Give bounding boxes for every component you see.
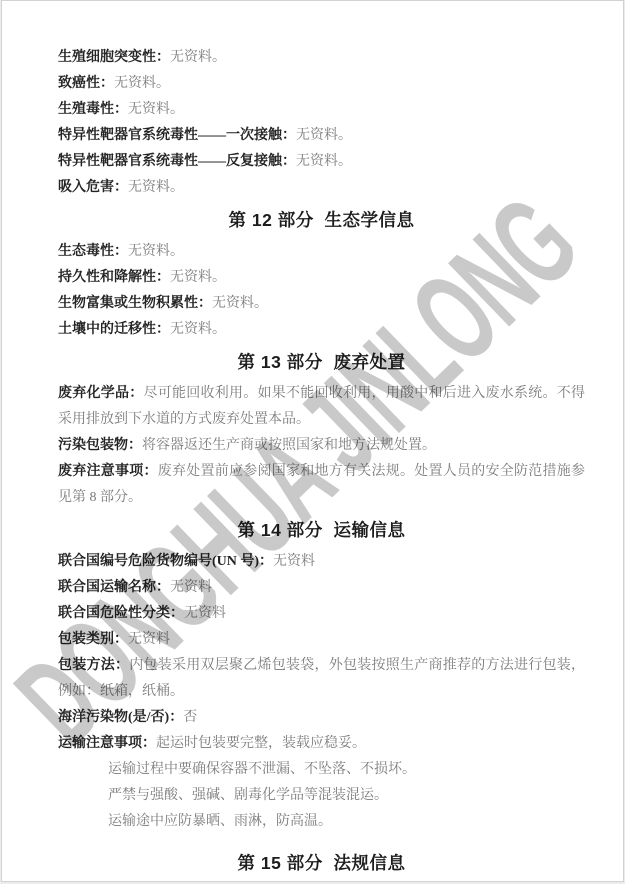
field-line: 持久性和降解性：无资料。 bbox=[58, 265, 585, 291]
field-line: 特异性靶器官系统毒性——反复接触：无资料。 bbox=[58, 149, 585, 175]
field-label: 包装类别： bbox=[58, 632, 128, 647]
field-line: 联合国编号危险货物编号(UN 号)：无资料 bbox=[58, 549, 585, 575]
field-value: 无资料。 bbox=[212, 296, 268, 311]
field-line: 污染包装物：将容器返还生产商或按照国家和地方法规处置。 bbox=[58, 433, 585, 459]
field-line: 生殖毒性：无资料。 bbox=[58, 97, 585, 123]
field-label: 污染包装物： bbox=[58, 438, 142, 453]
field-label: 运输注意事项： bbox=[58, 736, 156, 751]
field-value: 将容器返还生产商或按照国家和地方法规处置。 bbox=[142, 438, 436, 453]
field-label: 废弃化学品： bbox=[58, 386, 144, 401]
field-value: 无资料 bbox=[184, 606, 226, 621]
field-label: 联合国编号危险货物编号(UN 号)： bbox=[58, 554, 273, 569]
field-value: 无资料 bbox=[170, 580, 212, 595]
field-label: 生殖毒性： bbox=[58, 102, 128, 117]
transport-note-line: 运输过程中要确保容器不泄漏、不坠落、不损坏。 bbox=[58, 757, 585, 783]
section-heading: 第 13 部分 废弃处置 bbox=[58, 348, 585, 376]
field-label: 特异性靶器官系统毒性——一次接触： bbox=[58, 128, 296, 143]
field-line: 联合国运输名称：无资料 bbox=[58, 575, 585, 601]
field-label: 生殖细胞突变性： bbox=[58, 50, 170, 65]
field-label: 持久性和降解性： bbox=[58, 270, 170, 285]
field-line: 海洋污染物(是/否)：否 bbox=[58, 705, 585, 731]
field-line: 包装方法：内包装采用双层聚乙烯包装袋，外包装按照生产商推荐的方法进行包装，例如：… bbox=[58, 653, 585, 705]
field-line: 废弃注意事项：废弃处置前应参阅国家和地方有关法规。处置人员的安全防范措施参见第 … bbox=[58, 459, 585, 511]
sds-document-page: 生殖细胞突变性：无资料。致癌性：无资料。生殖毒性：无资料。特异性靶器官系统毒性—… bbox=[1, 0, 624, 882]
field-label: 海洋污染物(是/否)： bbox=[58, 710, 183, 725]
field-line: 吸入危害：无资料。 bbox=[58, 175, 585, 201]
field-value: 无资料。 bbox=[170, 270, 226, 285]
field-line: 生物富集或生物积累性：无资料。 bbox=[58, 291, 585, 317]
section-heading: 第 14 部分 运输信息 bbox=[58, 516, 585, 544]
field-value: 无资料。 bbox=[170, 50, 226, 65]
field-value: 无资料 bbox=[128, 632, 170, 647]
field-value: 无资料。 bbox=[128, 244, 184, 259]
field-value: 无资料 bbox=[273, 554, 315, 569]
field-value: 无资料。 bbox=[128, 102, 184, 117]
field-value: 起运时包装要完整，装载应稳妥。 bbox=[156, 736, 366, 751]
field-line: 特异性靶器官系统毒性——一次接触：无资料。 bbox=[58, 123, 585, 149]
field-label: 包装方法： bbox=[58, 658, 129, 673]
field-line: 运输注意事项：起运时包装要完整，装载应稳妥。 bbox=[58, 731, 585, 757]
field-line: 废弃化学品：尽可能回收利用。如果不能回收利用，用酸中和后进入废水系统。不得采用排… bbox=[58, 381, 585, 433]
field-line: 土壤中的迁移性：无资料。 bbox=[58, 317, 585, 343]
field-line: 包装类别：无资料 bbox=[58, 627, 585, 653]
document-body: 生殖细胞突变性：无资料。致癌性：无资料。生殖毒性：无资料。特异性靶器官系统毒性—… bbox=[2, 1, 623, 877]
field-label: 生物富集或生物积累性： bbox=[58, 296, 212, 311]
field-line: 生态毒性：无资料。 bbox=[58, 239, 585, 265]
field-label: 土壤中的迁移性： bbox=[58, 322, 170, 337]
field-line: 生殖细胞突变性：无资料。 bbox=[58, 45, 585, 71]
field-label: 废弃注意事项： bbox=[58, 464, 158, 479]
transport-note-line: 严禁与强酸、强碱、剧毒化学品等混装混运。 bbox=[58, 783, 585, 809]
field-line: 联合国危险性分类：无资料 bbox=[58, 601, 585, 627]
field-label: 特异性靶器官系统毒性——反复接触： bbox=[58, 154, 296, 169]
field-value: 无资料。 bbox=[170, 322, 226, 337]
field-value: 无资料。 bbox=[114, 76, 170, 91]
field-label: 联合国运输名称： bbox=[58, 580, 170, 595]
field-value: 内包装采用双层聚乙烯包装袋，外包装按照生产商推荐的方法进行包装，例如：纸箱，纸桶… bbox=[58, 658, 585, 699]
field-value: 否 bbox=[183, 710, 197, 725]
section-heading: 第 15 部分 法规信息 bbox=[58, 849, 585, 877]
field-value: 无资料。 bbox=[296, 154, 352, 169]
transport-note-line: 运输途中应防暴晒、雨淋，防高温。 bbox=[58, 809, 585, 835]
field-label: 吸入危害： bbox=[58, 180, 128, 195]
section-heading: 第 12 部分 生态学信息 bbox=[58, 206, 585, 234]
field-value: 无资料。 bbox=[296, 128, 352, 143]
field-label: 生态毒性： bbox=[58, 244, 128, 259]
field-label: 联合国危险性分类： bbox=[58, 606, 184, 621]
field-value: 无资料。 bbox=[128, 180, 184, 195]
field-label: 致癌性： bbox=[58, 76, 114, 91]
field-line: 致癌性：无资料。 bbox=[58, 71, 585, 97]
